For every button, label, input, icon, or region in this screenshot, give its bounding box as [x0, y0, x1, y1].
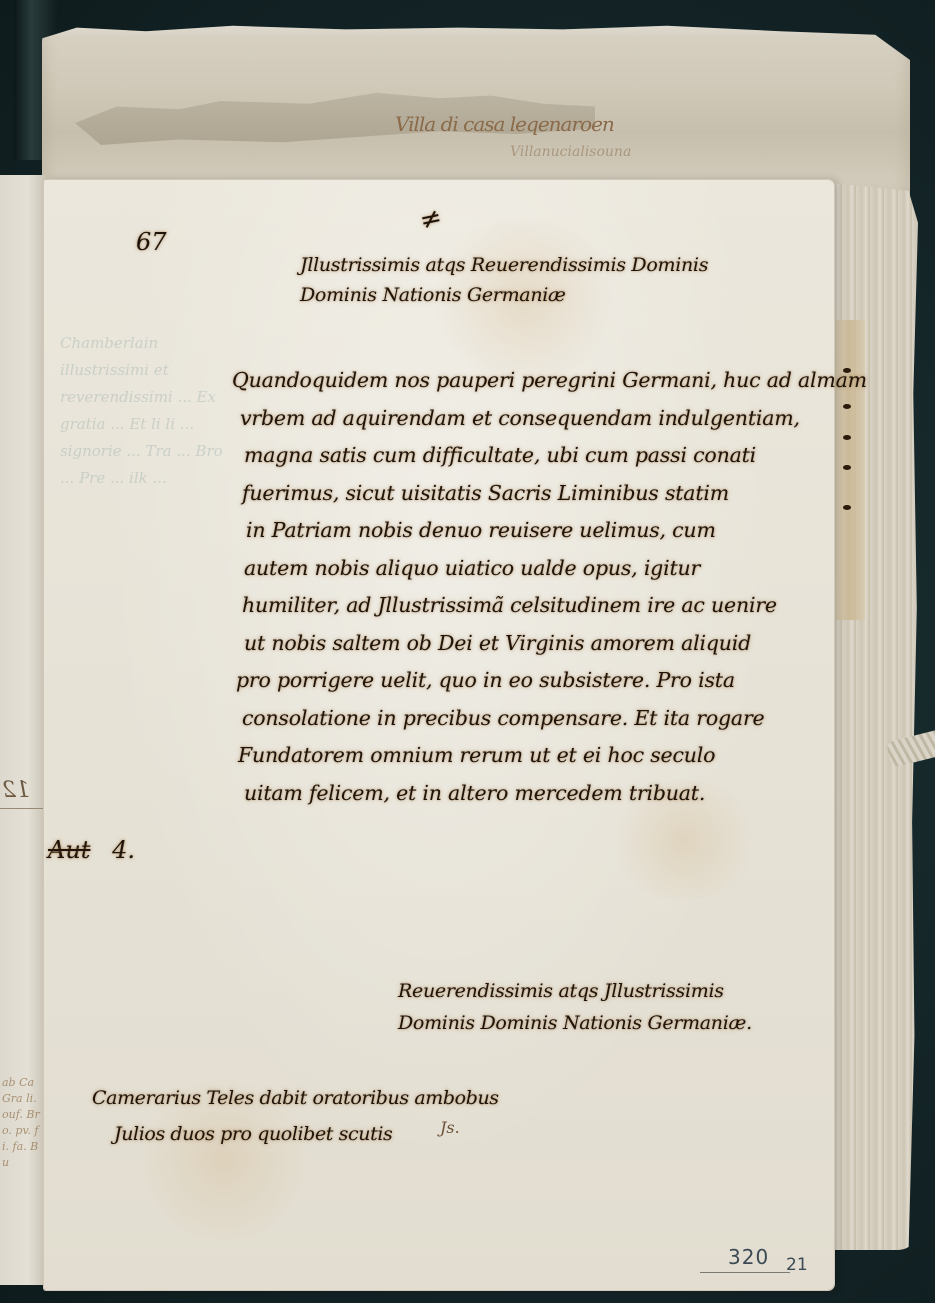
annotation-initials: Js.	[440, 1118, 460, 1137]
body-line: autem nobis aliquo uiatico ualde opus, i…	[244, 550, 867, 588]
closing-salutation: Reuerendissimis atqs Jllustrissimis Domi…	[398, 975, 752, 1039]
petition-body: Quandoquidem nos pauperi peregrini Germa…	[232, 362, 867, 812]
body-line: consolatione in precibus compensare. Et …	[242, 700, 867, 738]
bundle-note: Villa di casa leqenaroen	[395, 112, 614, 136]
closing-line: Dominis Dominis Nationis Germaniæ.	[398, 1007, 752, 1039]
bundle-note-secondary: Villanucialisouna	[510, 144, 631, 160]
annotation-line: Camerarius Teles dabit oratoribus ambobu…	[92, 1080, 499, 1116]
address-line: Jllustrissimis atqs Reuerendissimis Domi…	[300, 250, 708, 280]
body-line: pro porrigere uelit, quo in eo subsister…	[236, 662, 867, 700]
address-line: Dominis Nationis Germaniæ	[300, 280, 708, 310]
body-line: ut nobis saltem ob Dei et Virginis amore…	[244, 625, 867, 663]
archive-number: 320	[728, 1245, 769, 1269]
body-line: humiliter, ad Jllustrissimã celsitudinem…	[242, 587, 867, 625]
body-line: fuerimus, sicut uisitatis Sacris Liminib…	[242, 475, 867, 513]
body-line: uitam felicem, et in altero mercedem tri…	[244, 775, 867, 813]
closing-line: Reuerendissimis atqs Jllustrissimis	[398, 975, 752, 1007]
leaf-rule	[0, 808, 44, 809]
bleed-through-text: Chamberlain illustrissimi et reverendiss…	[60, 330, 230, 800]
margin-reference: Aut 4.	[48, 836, 135, 864]
struck-word: Aut	[48, 836, 90, 864]
body-line: vrbem ad aquirendam et consequendam indu…	[240, 400, 867, 438]
folio-number: 67	[136, 228, 167, 256]
body-line: Quandoquidem nos pauperi peregrini Germa…	[232, 362, 867, 400]
address-heading: Jllustrissimis atqs Reuerendissimis Domi…	[300, 250, 708, 310]
body-line: magna satis cum difficultate, ubi cum pa…	[244, 437, 867, 475]
payment-annotation: Camerarius Teles dabit oratoribus ambobu…	[92, 1080, 499, 1152]
body-line: Fundatorem omnium rerum ut et ei hoc sec…	[238, 737, 867, 775]
margin-number: 4.	[112, 836, 135, 864]
archive-rule	[700, 1272, 790, 1273]
body-line: in Patriam nobis denuo reuisere uelimus,…	[246, 512, 867, 550]
left-leaf-scribble: ab Ca Gra li. ouf. Bro. pv. fi. fa. Bu	[2, 1075, 42, 1171]
mirrored-leaf-number: 12	[2, 778, 30, 803]
archive-subnumber: 21	[786, 1255, 808, 1275]
